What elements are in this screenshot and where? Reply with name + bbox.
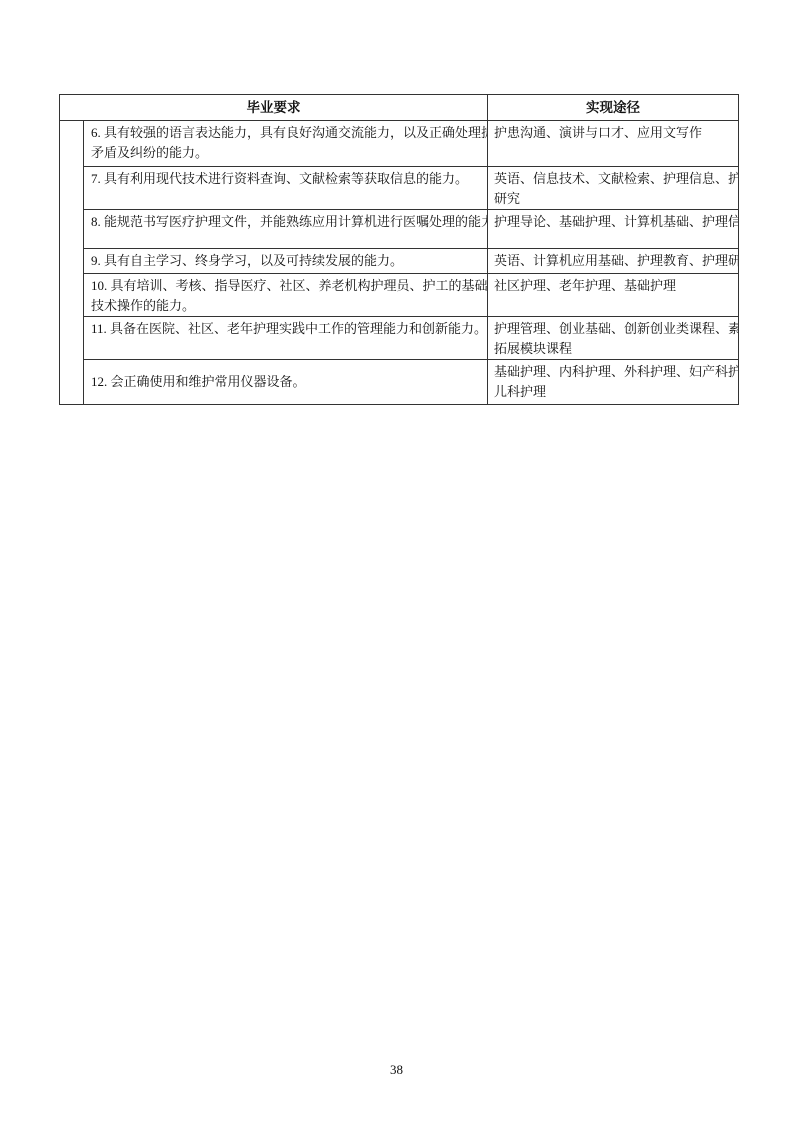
table-row: 6. 具有较强的语言表达能力，具有良好沟通交流能力，以及正确处理护患 矛盾及纠纷… <box>60 121 739 167</box>
pathway-cell: 社区护理、老年护理、基础护理 <box>488 274 739 317</box>
pathway-cell: 基础护理、内科护理、外科护理、妇产科护理、 儿科护理 <box>488 360 739 405</box>
pathway-cell: 英语、信息技术、文献检索、护理信息、护理 研究 <box>488 167 739 210</box>
table-header-row: 毕业要求 实现途径 <box>60 95 739 121</box>
category-stub-cell <box>60 121 84 405</box>
table-row: 7. 具有利用现代技术进行资料查询、文献检索等获取信息的能力。 英语、信息技术、… <box>60 167 739 210</box>
column-header-pathways: 实现途径 <box>488 95 739 121</box>
requirement-cell: 8. 能规范书写医疗护理文件，并能熟练应用计算机进行医嘱处理的能力。 <box>84 210 488 249</box>
requirement-cell: 6. 具有较强的语言表达能力，具有良好沟通交流能力，以及正确处理护患 矛盾及纠纷… <box>84 121 488 167</box>
requirement-cell: 12. 会正确使用和维护常用仪器设备。 <box>84 360 488 405</box>
page-number: 38 <box>0 1062 793 1078</box>
table-row: 11. 具备在医院、社区、老年护理实践中工作的管理能力和创新能力。 护理管理、创… <box>60 317 739 360</box>
pathway-cell: 护理导论、基础护理、计算机基础、护理信息 <box>488 210 739 249</box>
graduation-requirements-table: 毕业要求 实现途径 6. 具有较强的语言表达能力，具有良好沟通交流能力，以及正确… <box>59 94 739 405</box>
requirement-cell: 10. 具有培训、考核、指导医疗、社区、养老机构护理员、护工的基础护理 技术操作… <box>84 274 488 317</box>
pathway-cell: 英语、计算机应用基础、护理教育、护理研究 <box>488 249 739 274</box>
document-page: 毕业要求 实现途径 6. 具有较强的语言表达能力，具有良好沟通交流能力，以及正确… <box>0 0 793 1122</box>
column-header-requirements: 毕业要求 <box>60 95 488 121</box>
table-row: 10. 具有培训、考核、指导医疗、社区、养老机构护理员、护工的基础护理 技术操作… <box>60 274 739 317</box>
requirement-cell: 7. 具有利用现代技术进行资料查询、文献检索等获取信息的能力。 <box>84 167 488 210</box>
requirement-cell: 11. 具备在医院、社区、老年护理实践中工作的管理能力和创新能力。 <box>84 317 488 360</box>
pathway-cell: 护患沟通、演讲与口才、应用文写作 <box>488 121 739 167</box>
table-row: 12. 会正确使用和维护常用仪器设备。 基础护理、内科护理、外科护理、妇产科护理… <box>60 360 739 405</box>
requirement-cell: 9. 具有自主学习、终身学习，以及可持续发展的能力。 <box>84 249 488 274</box>
pathway-cell: 护理管理、创业基础、创新创业类课程、素质 拓展模块课程 <box>488 317 739 360</box>
table-row: 8. 能规范书写医疗护理文件，并能熟练应用计算机进行医嘱处理的能力。 护理导论、… <box>60 210 739 249</box>
table-row: 9. 具有自主学习、终身学习，以及可持续发展的能力。 英语、计算机应用基础、护理… <box>60 249 739 274</box>
